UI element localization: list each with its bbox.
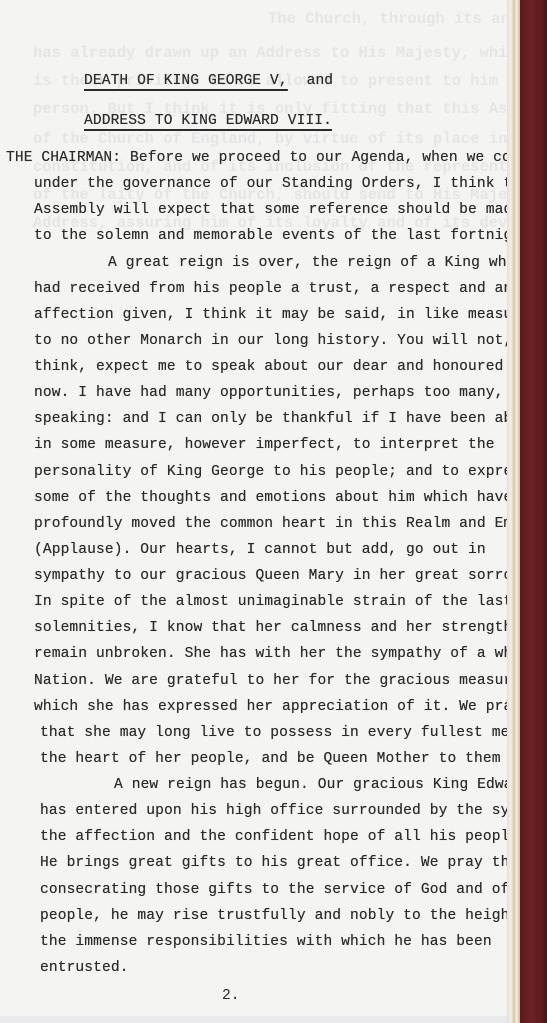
body-line: think, expect me to speak about our dear…: [34, 359, 507, 375]
bleed-line: The Church, through its ancient Convocat…: [268, 10, 507, 28]
body-line: to no other Monarch in our long history.…: [34, 333, 507, 349]
body-line: sympathy to our gracious Queen Mary in h…: [34, 568, 507, 584]
body-line: A new reign has begun. Our gracious King…: [114, 777, 507, 793]
body-line: Assembly will expect that some reference…: [34, 202, 507, 218]
body-line: the heart of her people, and be Queen Mo…: [40, 751, 507, 767]
body-line: has entered upon his high office surroun…: [40, 803, 507, 819]
body-line: to the solemn and memorable events of th…: [34, 228, 507, 244]
body-line: He brings great gifts to his great offic…: [40, 855, 507, 871]
book-binding: [520, 0, 547, 1023]
body-line: profoundly moved the common heart in thi…: [34, 516, 507, 532]
page-edge: [507, 0, 520, 1023]
body-line: in some measure, however imperfect, to i…: [34, 437, 495, 453]
body-line: had received from his people a trust, a …: [34, 281, 507, 297]
body-line: (Applause). Our hearts, I cannot but add…: [34, 542, 486, 558]
body-line: consecrating those gifts to the service …: [40, 882, 507, 898]
heading-and: and: [307, 73, 334, 89]
bleed-line: has already drawn up an Address to His M…: [33, 44, 507, 62]
page-number: 2.: [222, 988, 240, 1004]
body-line: In spite of the almost unimaginable stra…: [34, 594, 507, 610]
body-line: THE CHAIRMAN: Before we proceed to our A…: [6, 150, 507, 166]
heading-line-1: DEATH OF KING GEORGE V, and: [84, 73, 333, 89]
body-line: people, he may rise trustfully and nobly…: [40, 908, 507, 924]
document-page: The Church, through its ancient Convocat…: [0, 0, 507, 1016]
body-line: which she has expressed her appreciation…: [34, 699, 507, 715]
body-line: now. I have had many opportunities, perh…: [34, 385, 507, 401]
body-line: under the governance of our Standing Ord…: [34, 176, 507, 192]
body-line: personality of King George to his people…: [34, 464, 507, 480]
body-line: the affection and the confident hope of …: [40, 829, 507, 845]
body-line: speaking: and I can only be thankful if …: [34, 411, 507, 427]
body-line: remain unbroken. She has with her the sy…: [34, 646, 507, 662]
heading-death-of-king-george: DEATH OF KING GEORGE V,: [84, 73, 288, 89]
heading-line-2: ADDRESS TO KING EDWARD VIII.: [84, 113, 332, 129]
body-line: that she may long live to possess in eve…: [40, 725, 507, 741]
body-line: Nation. We are grateful to her for the g…: [34, 673, 507, 689]
body-line: some of the thoughts and emotions about …: [34, 490, 507, 506]
body-line: entrusted.: [40, 960, 129, 976]
body-line: A great reign is over, the reign of a Ki…: [108, 255, 507, 271]
body-line: the immense responsibilities with which …: [40, 934, 492, 950]
body-line: solemnities, I know that her calmness an…: [34, 620, 507, 636]
heading-address-to-king-edward: ADDRESS TO KING EDWARD VIII.: [84, 113, 332, 129]
bleed-line: of the Church of England, by virtue of i…: [33, 130, 507, 148]
body-line: affection given, I think it may be said,…: [34, 307, 507, 323]
